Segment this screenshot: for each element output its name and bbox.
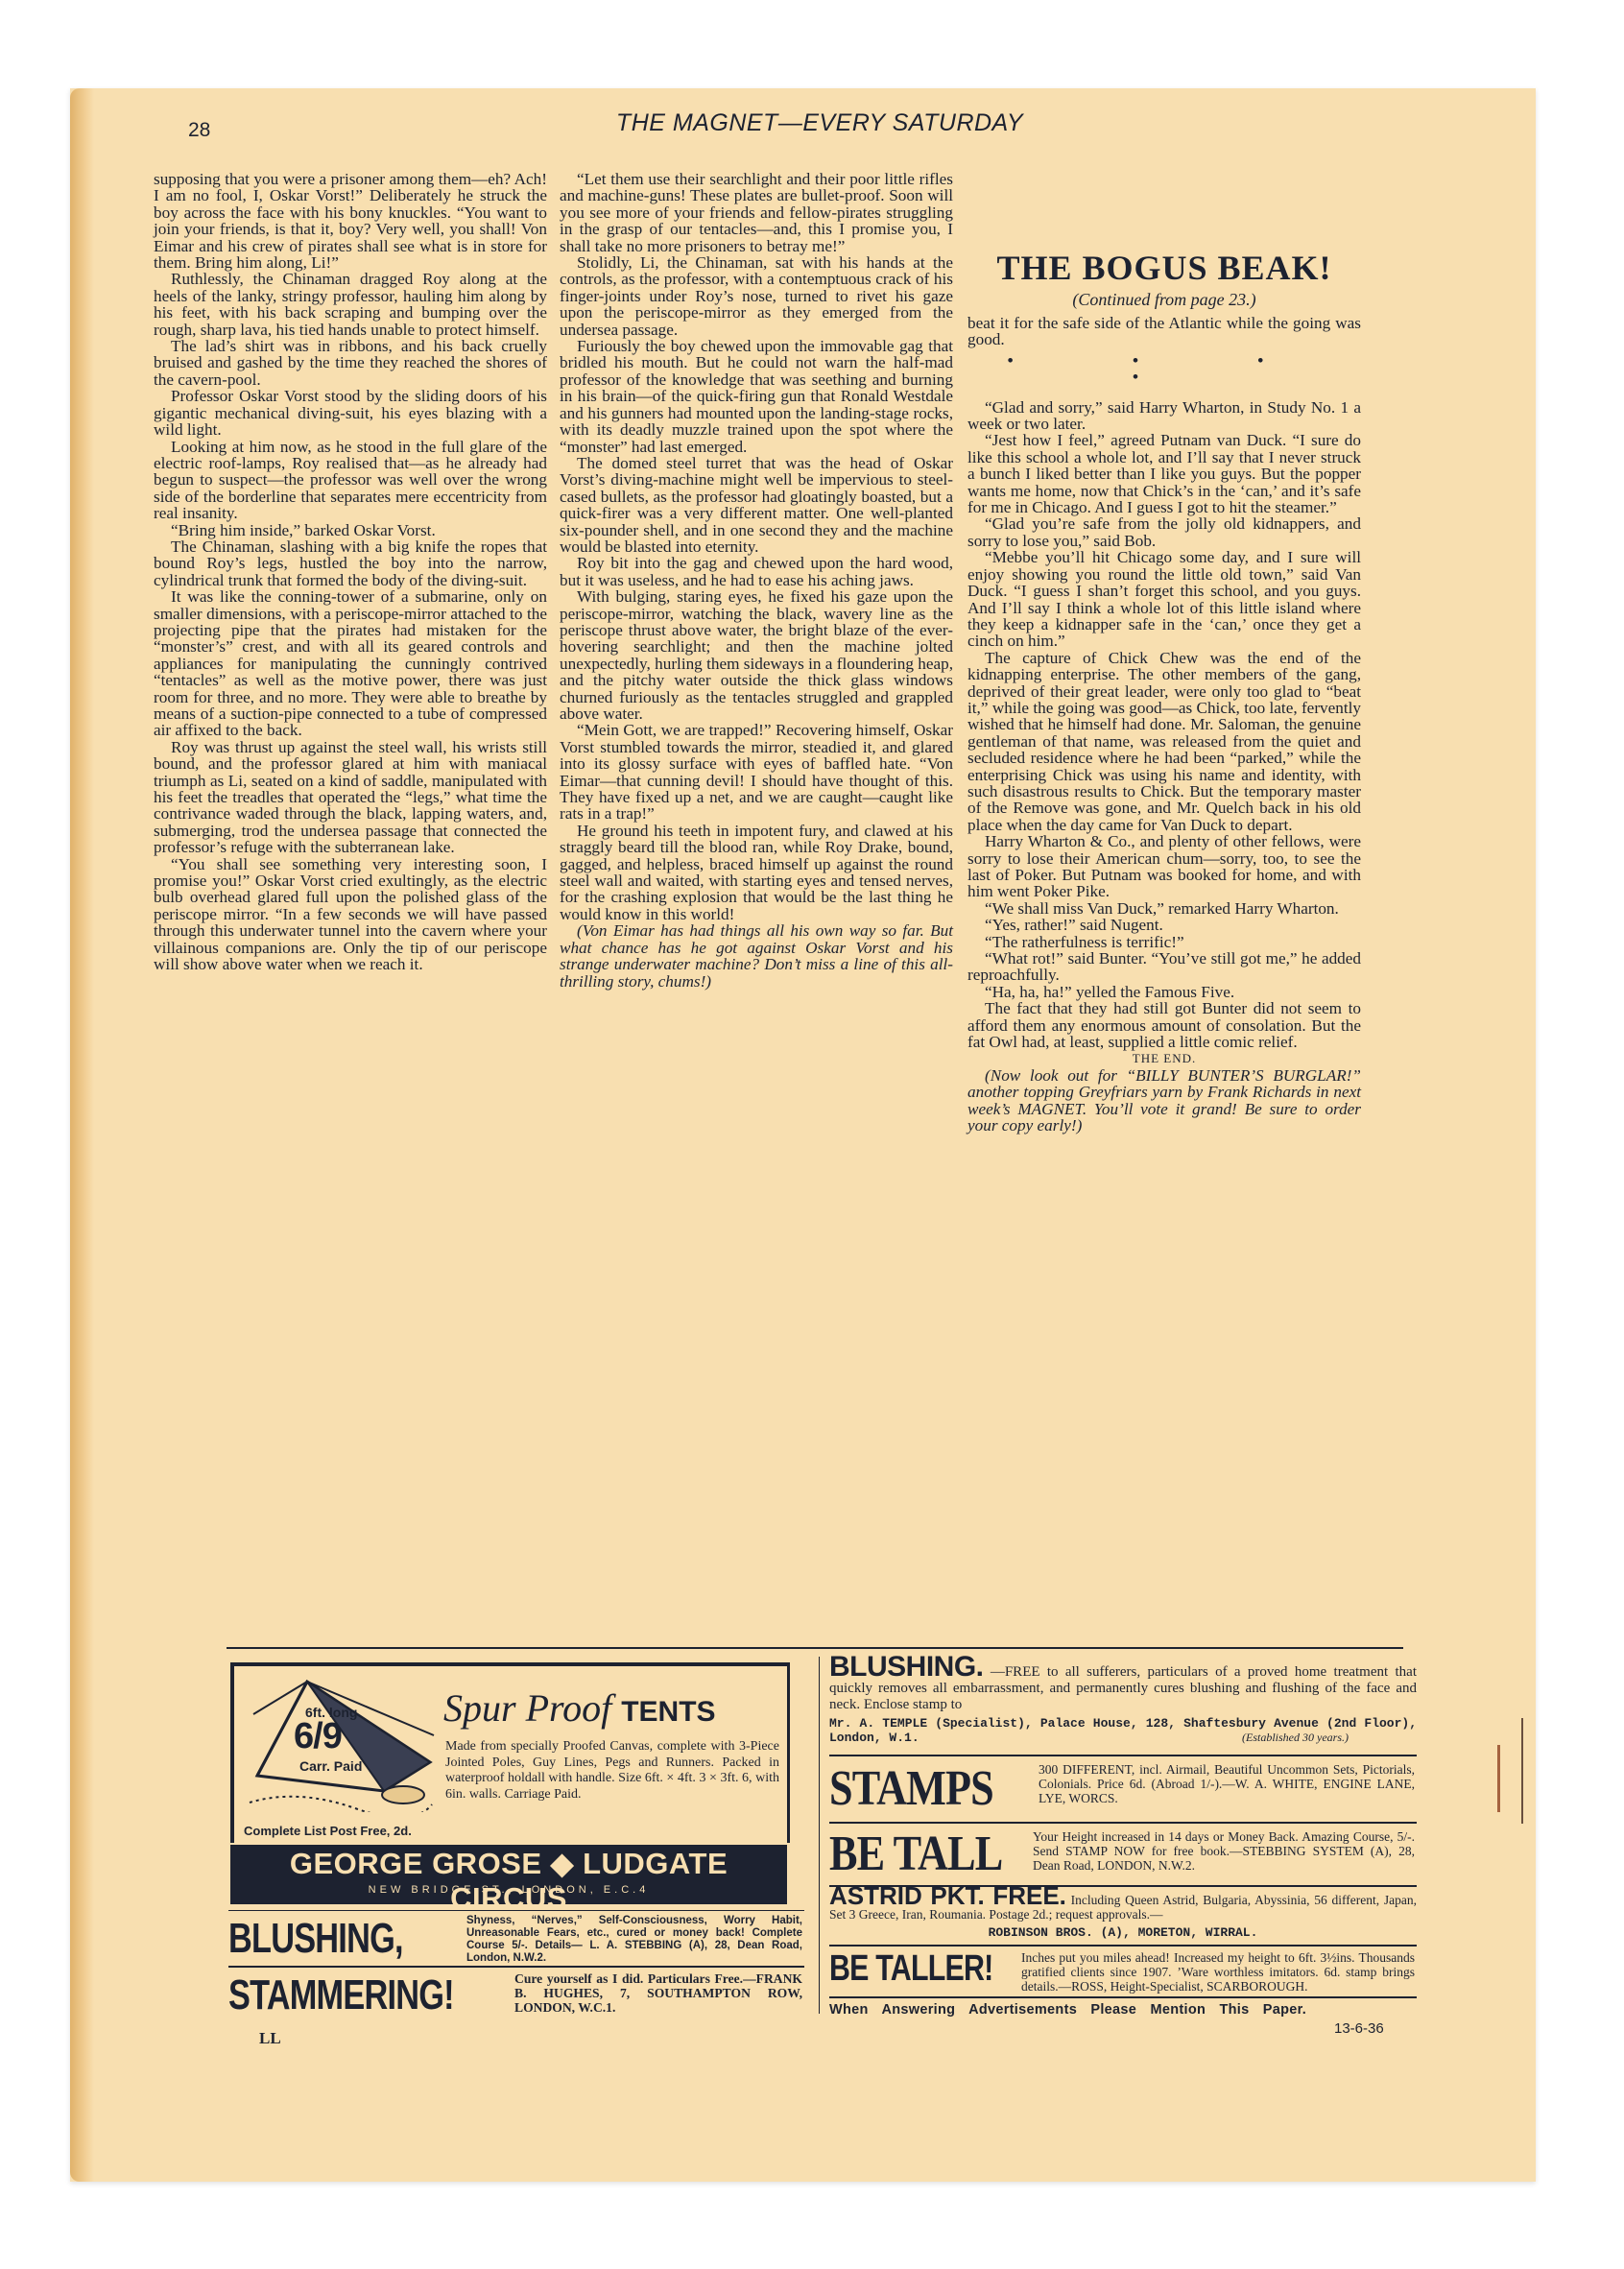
the-end: THE END.	[967, 1050, 1361, 1066]
paragraph: Ruthlessly, the Chinaman dragged Roy alo…	[154, 271, 547, 338]
story-column-2: “Let them use their searchlight and thei…	[560, 171, 953, 990]
ad-headline: BLUSHING.	[829, 1651, 984, 1683]
paragraph: “What rot!” said Bunter. “You’ve still g…	[967, 950, 1361, 984]
continued-note: (Continued from page 23.)	[967, 290, 1361, 310]
paragraph: “We shall miss Van Duck,” remarked Harry…	[967, 900, 1361, 917]
ad-stammering: STAMMERING! Cure yourself as I did. Part…	[228, 1966, 804, 2023]
ads-top-rule	[227, 1647, 1403, 1649]
paragraph: “Glad you’re safe from the jolly old kid…	[967, 515, 1361, 549]
page-edge-mark	[1521, 1718, 1523, 1824]
paragraph: “The ratherfulness is terrific!”	[967, 934, 1361, 950]
ad-body: Inches put you miles ahead! Increased my…	[1021, 1950, 1415, 1994]
ad-astrid-packet: ASTRID PKT. FREE. Including Queen Astrid…	[829, 1885, 1417, 1945]
ad-headline: STAMMERING!	[228, 1971, 454, 2019]
banner-name: GEORGE GROSE ◆ LUDGATE CIRCUS	[230, 1847, 787, 1916]
paragraph: With bulging, staring eyes, he fixed his…	[560, 588, 953, 722]
story-column-3: beat it for the safe side of the Atlanti…	[967, 315, 1361, 1134]
issue-date: 13-6-36	[1334, 2020, 1384, 2037]
paragraph: “Bring him inside,” barked Oskar Vorst.	[154, 522, 547, 538]
tent-list-note: Complete List Post Free, 2d.	[244, 1824, 412, 1838]
ad-be-taller: BE TALLER! Inches put you miles ahead! I…	[829, 1945, 1417, 1996]
paragraph: “Mebbe you’ll hit Chicago some day, and …	[967, 549, 1361, 649]
paragraph: Harry Wharton & Co., and plenty of other…	[967, 833, 1361, 900]
story-title: THE BOGUS BEAK!	[967, 248, 1361, 288]
ad-spur-proof-tents: 6ft. long 6/9 Carr. Paid Complete List P…	[230, 1662, 789, 1881]
ad-established: (Established 30 years.)	[1242, 1731, 1349, 1745]
section-break: • • • •	[967, 352, 1361, 386]
paragraph: Furiously the boy chewed upon the immova…	[560, 338, 953, 455]
paragraph: supposing that you were a prisoner among…	[154, 171, 547, 271]
tent-carriage: Carr. Paid	[299, 1758, 362, 1774]
advertisement-notice: When Answering Advertisements Please Men…	[829, 1996, 1417, 2018]
paragraph: He ground his teeth in impotent fury, an…	[560, 823, 953, 922]
ad-body: 300 DIFFERENT, incl. Airmail, Beautiful …	[1039, 1762, 1415, 1805]
paragraph: “Ha, ha, ha!” yelled the Famous Five.	[967, 984, 1361, 1000]
ad-text-block: BLUSHING. —FREE to all sufferers, partic…	[829, 1659, 1417, 1713]
ad-blushing-left: BLUSHING, Shyness, “Nerves,” Self-Consci…	[228, 1910, 804, 1965]
tent-price: 6/9	[294, 1716, 342, 1757]
paragraph: The fact that they had still got Bunter …	[967, 1000, 1361, 1050]
paragraph: Looking at him now, as he stood in the f…	[154, 439, 547, 522]
tent-title-script: Spur Proof	[443, 1686, 611, 1730]
george-grose-banner: GEORGE GROSE ◆ LUDGATE CIRCUS NEW BRIDGE…	[230, 1845, 787, 1904]
ad-headline: STAMPS	[829, 1760, 993, 1817]
paragraph: “You shall see something very interestin…	[154, 856, 547, 973]
story-column-1: supposing that you were a prisoner among…	[154, 171, 547, 973]
paragraph: “Jest how I feel,” agreed Putnam van Duc…	[967, 432, 1361, 515]
ad-headline: BE TALLER!	[829, 1948, 992, 1990]
paragraph: Stolidly, Li, the Chinaman, sat with his…	[560, 254, 953, 338]
paragraph: The domed steel turret that was the head…	[560, 455, 953, 555]
ads-column-rule	[819, 1657, 820, 2014]
paragraph: Roy was thrust up against the steel wall…	[154, 739, 547, 856]
ad-body: Your Height increased in 14 days or Mone…	[1033, 1829, 1415, 1873]
editor-note: (Von Eimar has had things all his own wa…	[560, 922, 953, 990]
paragraph: Professor Oskar Vorst stood by the slidi…	[154, 388, 547, 438]
ad-body: Cure yourself as I did. Particulars Free…	[514, 1971, 802, 2015]
printer-mark: LL	[259, 2029, 281, 2048]
page-number: 28	[188, 119, 210, 142]
ink-stain-mark	[1497, 1745, 1500, 1812]
ad-headline: BE TALL	[829, 1826, 1002, 1882]
ad-be-tall: BE TALL Your Height increased in 14 days…	[829, 1822, 1417, 1885]
paragraph: “Let them use their searchlight and thei…	[560, 171, 953, 254]
ad-headline: ASTRID PKT. FREE.	[829, 1881, 1066, 1910]
tent-title-bold: TENTS	[621, 1696, 715, 1728]
ad-blushing-right: BLUSHING. —FREE to all sufferers, partic…	[829, 1659, 1417, 1751]
ad-body: Shyness, “Nerves,” Self-Consciousness, W…	[466, 1915, 802, 1965]
tent-description: Made from specially Proofed Canvas, comp…	[445, 1739, 779, 1803]
paragraph: beat it for the safe side of the Atlanti…	[967, 315, 1361, 348]
paragraph: The lad’s shirt was in ribbons, and his …	[154, 338, 547, 388]
next-week-note: (Now look out for “BILLY BUNTER’S BURGLA…	[967, 1067, 1361, 1134]
tent-ad-title: Spur Proof TENTS	[443, 1685, 716, 1731]
ad-text-block: ASTRID PKT. FREE. Including Queen Astrid…	[829, 1889, 1417, 1922]
paragraph: The Chinaman, slashing with a big knife …	[154, 538, 547, 588]
paragraph: “Yes, rather!” said Nugent.	[967, 917, 1361, 933]
running-head: THE MAGNET—EVERY SATURDAY	[561, 109, 1079, 137]
paragraph: Roy bit into the gag and chewed upon the…	[560, 555, 953, 588]
paragraph: The capture of Chick Chew was the end of…	[967, 650, 1361, 833]
paragraph: “Mein Gott, we are trapped!” Recovering …	[560, 722, 953, 822]
banner-address: NEW BRIDGE ST., LONDON, E.C.4	[230, 1884, 787, 1896]
ad-stamps: STAMPS 300 DIFFERENT, incl. Airmail, Bea…	[829, 1755, 1417, 1820]
ad-headline: BLUSHING,	[228, 1915, 403, 1963]
paragraph: It was like the conning-tower of a subma…	[154, 588, 547, 739]
paragraph: “Glad and sorry,” said Harry Wharton, in…	[967, 399, 1361, 433]
ad-address: ROBINSON BROS. (A), MORETON, WIRRAL.	[829, 1925, 1417, 1940]
